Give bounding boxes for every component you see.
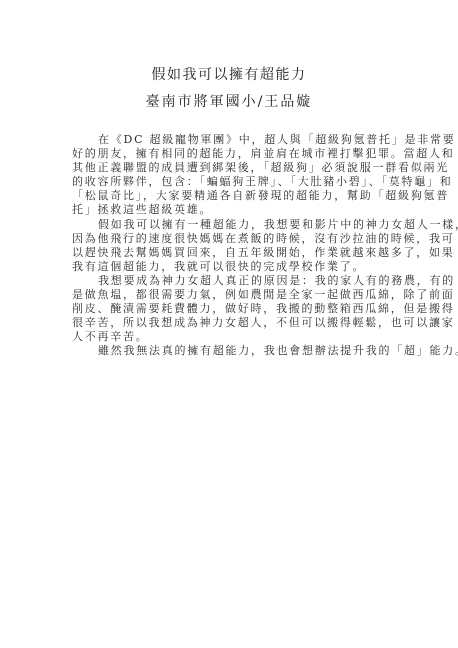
document-title: 假如我可以擁有超能力 <box>0 66 458 84</box>
paragraph-3: 我想要成為神力女超人真正的原因是：我的家人有的務農，有的 是做魚塭，都很需要力氣… <box>72 274 392 344</box>
text-line: 托」拯救這些超級英雄。 <box>72 203 392 217</box>
text-line: 因為他飛行的速度很快媽媽在煮飯的時候，沒有沙拉油的時候，我可 <box>72 232 392 246</box>
text-line: 「松鼠奇比」，大家要精通各自新發現的超能力，幫助「超級狗氪普 <box>72 189 392 203</box>
text-line: 好的朋友，擁有相同的超能力，肩並肩在城市裡打擊犯罪。當超人和 <box>72 147 392 161</box>
paragraph-2: 假如我可以擁有一種超能力，我想要和影片中的神力女超人一樣， 因為他飛行的速度很快… <box>72 218 392 274</box>
paragraph-1: 在《DC 超級寵物軍團》中，超人與「超級狗氪普托」是非常要 好的朋友，擁有相同的… <box>72 133 392 218</box>
text-line: 的收容所夥伴，包含：「蝙蝠狗王牌」、「大肚豬小碧」、「莫特龜」和 <box>72 175 392 189</box>
text-line: 我有這個超能力，我就可以很快的完成學校作業了。 <box>72 260 392 274</box>
text-line: 在《DC 超級寵物軍團》中，超人與「超級狗氪普托」是非常要 <box>72 133 392 147</box>
text-line: 人不再辛苦。 <box>72 330 392 344</box>
text-line: 削皮、醃漬需要耗費體力，做好時，我搬的動整箱西瓜綿，但是搬得 <box>72 302 392 316</box>
author-line: 臺南市將軍國小/王品嫙 <box>0 93 458 111</box>
document-page: 假如我可以擁有超能力 臺南市將軍國小/王品嫙 在《DC 超級寵物軍團》中，超人與… <box>0 0 458 648</box>
text-line: 以趕快飛去幫媽媽買回來，自五年級開始，作業就越來越多了，如果 <box>72 246 392 260</box>
paragraph-4: 雖然我無法真的擁有超能力，我也會想辦法提升我的「超」能力。 <box>72 344 392 358</box>
text-line: 雖然我無法真的擁有超能力，我也會想辦法提升我的「超」能力。 <box>72 344 392 358</box>
text-line: 很辛苦，所以我想成為神力女超人，不但可以搬得輕鬆，也可以讓家 <box>72 316 392 330</box>
text-line: 其他正義聯盟的成員遭到綁架後，「超級狗」必須說服一群看似兩光 <box>72 161 392 175</box>
text-line: 假如我可以擁有一種超能力，我想要和影片中的神力女超人一樣， <box>72 218 392 232</box>
text-line: 我想要成為神力女超人真正的原因是：我的家人有的務農，有的 <box>72 274 392 288</box>
text-line: 是做魚塭，都很需要力氣，例如農閒是全家一起做西瓜綿，除了前面 <box>72 288 392 302</box>
document-body: 在《DC 超級寵物軍團》中，超人與「超級狗氪普托」是非常要 好的朋友，擁有相同的… <box>72 133 392 359</box>
